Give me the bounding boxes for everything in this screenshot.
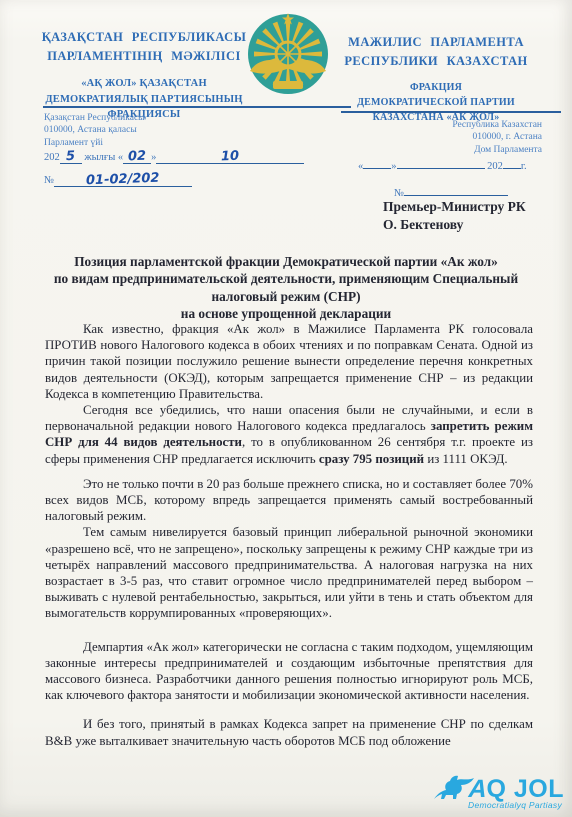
letterhead-left: ҚАЗАҚСТАН РЕСПУБЛИКАСЫ ПАРЛАМЕНТІНІҢ МӘЖ… [28,28,260,123]
body-paragraph: Это не только почти в 20 раз больше преж… [45,476,533,525]
address-kk-line2: 010000, Астана қаласы [44,124,145,136]
paragraph-text-emphasis: сразу 795 позиций [319,452,424,466]
fraction-kk-line2: ДЕМОКРАТИЯЛЫҚ ПАРТИЯСЫНЫҢ [28,92,260,108]
number-line-right: № [394,182,558,199]
letter-body: Как известно, фракция «Ак жол» в Мажилис… [45,321,533,749]
outgoing-reference-left: 2025 жылғы «02»10 №01-02/202 [44,150,304,187]
title-line3: налоговый режим (СНР) [30,288,542,305]
header-divider-right [341,111,561,113]
fraction-kk-line1: «АҚ ЖОЛ» ҚАЗАҚСТАН [28,76,260,92]
org-name-ru-line2: РЕСПУБЛИКИ КАЗАХСТАН [322,52,550,71]
document-title: Позиция парламентской фракции Демократич… [30,253,542,322]
letter-page: ҚАЗАҚСТАН РЕСПУБЛИКАСЫ ПАРЛАМЕНТІНІҢ МӘЖ… [0,0,572,817]
body-paragraph: Тем самым нивелируется базовый принцип л… [45,524,533,621]
title-line1: Позиция парламентской фракции Демократич… [30,253,542,270]
date-middle: жылғы « [84,152,123,163]
handwritten-day: 02 [128,150,147,164]
fraction-ru-line1: ФРАКЦИЯ [322,80,550,95]
paragraph-text: И без того, принятый в рамках Кодекса за… [45,717,533,747]
fraction-ru-line2: ДЕМОКРАТИЧЕСКОЙ ПАРТИИ [322,95,550,110]
address-kk-line1: Қазақстан Республикасы [44,112,145,124]
number-line-left: №01-02/202 [44,173,304,187]
handwritten-year: 5 [66,150,75,163]
body-paragraph: И без того, принятый в рамках Кодекса за… [45,716,533,748]
org-name-kk-line1: ҚАЗАҚСТАН РЕСПУБЛИКАСЫ [28,28,260,47]
paragraph-text: Как известно, фракция «Ак жол» в Мажилис… [45,322,533,401]
paragraph-text: из 1111 ОКЭД. [424,452,508,466]
handwritten-month: 10 [221,150,240,164]
date-line-left: 2025 жылғы «02»10 [44,150,304,164]
number-label: № [44,175,54,186]
aq-jol-logo: AQ JOL Democratialyq Partiasy [406,774,564,810]
paragraph-text: Тем самым нивелируется базовый принцип л… [45,525,533,620]
incoming-reference-right: «» 202г. № [358,155,558,199]
title-line2: по видам предпринимательской деятельност… [30,270,542,287]
title-line4: на основе упрощенной декларации [30,305,542,322]
kazakhstan-emblem-icon [246,11,330,102]
addressee-position: Премьер-Министру РК [383,198,526,216]
handwritten-doc-number: 01-02/202 [86,172,160,188]
address-kk-line3: Парламент үйі [44,137,145,149]
year-suffix: г. [521,161,527,172]
body-paragraph: Демпартия «Ак жол» категорически не согл… [45,639,533,704]
org-name-kk-line2: ПАРЛАМЕНТІНІҢ МӘЖІЛІСІ [28,47,260,66]
header-divider-left [43,106,351,108]
date-line-right: «» 202г. [358,155,558,172]
addressee-name: О. Бектенову [383,216,526,234]
date-prefix: 202 [44,152,60,163]
body-paragraph: Сегодня все убедились, что наши опасения… [45,402,533,467]
logo-wordmark-rest: Q JOL [486,775,564,803]
address-ru-line1: Республика Казахстан [452,119,542,131]
address-ru-line2: 010000, г. Астана [452,131,542,143]
year-prefix: 202 [487,161,503,172]
org-name-ru-line1: МАЖИЛИС ПАРЛАМЕНТА [322,33,550,52]
logo-wordmark: AQ JOL [469,777,564,802]
paragraph-text: Демпартия «Ак жол» категорически не согл… [45,640,533,703]
horse-icon [433,774,469,802]
address-kk: Қазақстан Республикасы 010000, Астана қа… [44,112,145,149]
address-ru: Республика Казахстан 010000, г. Астана Д… [452,119,542,156]
addressee-block: Премьер-Министру РК О. Бектенову [383,198,526,234]
paragraph-text: Это не только почти в 20 раз больше преж… [45,477,533,523]
body-paragraph: Как известно, фракция «Ак жол» в Мажилис… [45,321,533,402]
